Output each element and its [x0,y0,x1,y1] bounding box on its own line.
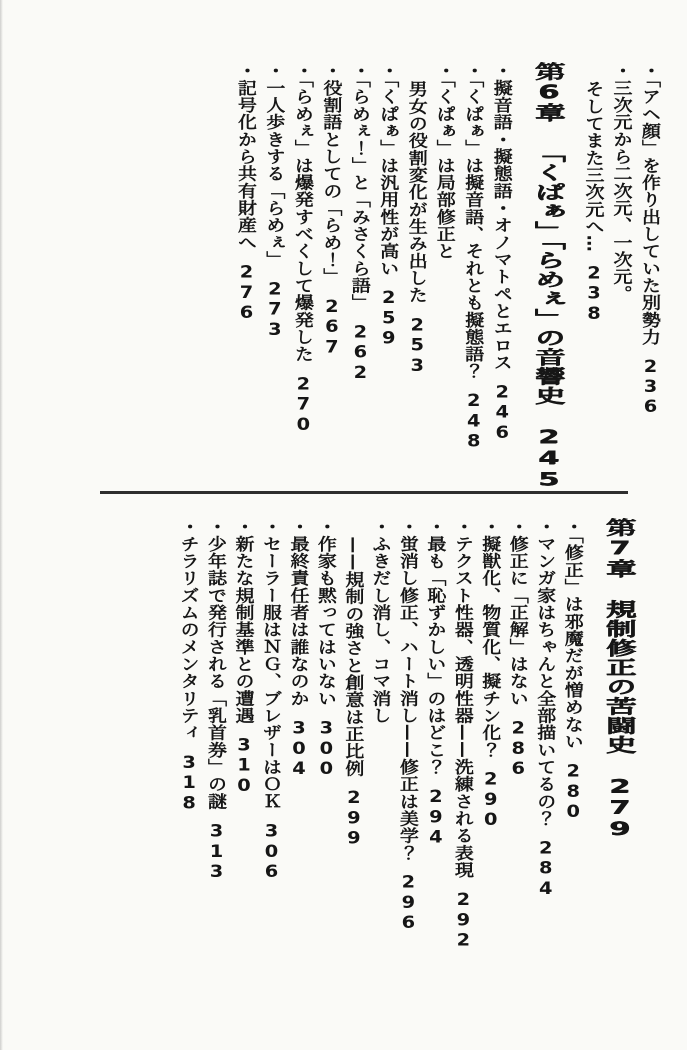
entry-bullet: ・ [235,62,257,79]
toc-entry-line: ・作家も黙ってはいない300 [314,518,336,950]
entry-bullet: ・ [452,518,474,535]
entry-page-number: 290 [479,769,502,830]
entry-bullet: ・ [377,62,399,79]
entry-page-number: 310 [233,734,256,795]
toc-entry-line: ・蛍消し修正、ハート消し——修正は美学？296 [396,518,418,950]
entry-bullet: ・ [507,518,529,535]
entry-page-number: 313 [205,820,228,881]
entry-title-text: 「らめぇ」は爆発すべくして爆発した [292,79,314,362]
toc-entry-line: ・「くぱぁ」は汎用性が高い259 [377,62,399,490]
entry-bullet: ・ [205,518,227,535]
entry-page-number: 276 [235,261,258,322]
entry-title-text: マンガ家はちゃんと全部描いてるの？ [534,535,556,827]
toc-entry-line: ・チラリズムのメンタリティ318 [177,518,199,950]
chapter-7-title: 規制修正の苦闘史 [602,600,637,755]
toc-entry-line: ・新たな規制基準との遭遇310 [232,518,254,950]
entry-page-number: 306 [260,820,283,881]
entry-title-text: 少年誌で発行される「乳首券」の謎 [205,535,227,810]
toc-entry-line: ・一人歩きする「らめぇ」273 [263,62,285,490]
entry-page-number: 236 [639,356,662,417]
toc-entry-line: ・「らめぇ」は爆発すべくして爆発した270 [291,62,313,490]
entry-page-number: 253 [406,314,429,375]
entry-page-number: 299 [342,787,365,848]
toc-entry-line: ——規制の強さと創意は正比例299 [342,518,364,950]
entry-title-text: 記号化から共有財産へ [235,79,257,251]
entry-page-number: 273 [263,278,286,339]
toc-entry-line: ・擬獣化、物質化、擬チン化？290 [479,518,501,950]
entry-bullet: ・ [424,518,446,535]
book-toc-page-scan: ・「アヘ顔」を作り出していた別勢力236・三次元から二次元、一次元。そしてまた三… [0,0,687,1050]
entry-page-number: 280 [562,760,585,821]
entry-bullet: ・ [233,518,255,535]
toc-entry-line: ・役割語としての「らめ！」267 [320,62,342,490]
entry-title-text: セーラー服はＮＧ、ブレザーはＯＫ [260,535,282,810]
entry-bullet: ・ [349,62,371,79]
toc-entry-line: 男女の役割変化が生み出した253 [405,62,427,490]
toc-entry-line: ・三次元から二次元、一次元。 [611,62,633,490]
toc-entry-line: そしてまた三次元へ…238 [582,62,604,490]
entry-page-number: 300 [315,717,338,778]
entry-title-text: 一人歩きする「らめぇ」 [263,79,285,268]
entry-bullet: ・ [263,62,285,79]
entry-bullet: ・ [178,518,200,535]
toc-entry-line: ・マンガ家はちゃんと全部描いてるの？284 [534,518,556,950]
toc-section-chapter-6: ・「アヘ顔」を作り出していた別勢力236・三次元から二次元、一次元。そしてまた三… [228,62,667,490]
chapter-7-heading: 第7章 規制修正の苦闘史 279 [599,518,639,950]
entry-page-number: 318 [178,752,201,813]
entry-bullet: ・ [534,518,556,535]
toc-entry-line: ・「らめぇ！」と「みさくら語」262 [348,62,370,490]
entry-page-number: 284 [534,837,557,898]
entry-title-text: 最も「恥ずかしい」のはどこ？ [424,535,446,775]
entry-bullet: ・ [462,62,484,79]
entry-page-number: 238 [583,263,606,324]
entry-bullet: ・ [397,518,419,535]
entry-title-text: 修正に「正解」はない [507,535,529,707]
toc-entry-line: ・ふきだし消し、コマ消し [369,518,391,950]
entry-bullet: ・ [315,518,337,535]
toc-entry-line: ・「アヘ顔」を作り出していた別勢力236 [639,62,661,490]
entry-title-text: テクスト性器、透明性器——洗練される表現 [452,535,474,878]
chapter-6-page-number: 245 [531,426,566,489]
entry-title-text: 作家も黙ってはいない [315,535,337,707]
toc-entry-line: ・少年誌で発行される「乳首券」の謎313 [205,518,227,950]
entry-title-text: 蛍消し修正、ハート消し——修正は美学？ [397,535,419,861]
toc-entry-line: ・「くぱぁ」は擬音語、それとも擬態語？248 [462,62,484,490]
entry-page-number: 292 [452,889,475,950]
entry-title-text: ——規制の強さと創意は正比例 [342,536,364,776]
entry-bullet: ・ [260,518,282,535]
entry-page-number: 296 [397,872,420,933]
entry-page-number: 270 [292,373,315,434]
section-divider-rule [100,491,628,494]
entry-title-text: 三次元から二次元、一次元。 [611,79,633,302]
entry-title-text: 擬獣化、物質化、擬チン化？ [479,535,501,758]
entry-page-number: 259 [377,287,400,348]
entry-title-text: 擬音語・擬態語・オノマトペとエロス [491,79,513,371]
toc-section-chapter-7: 第7章 規制修正の苦闘史 279 ・「修正」は邪魔だが憎めない280・マンガ家は… [172,518,653,950]
entry-title-text: 新たな規制基準との遭遇 [233,535,255,724]
entry-bullet: ・ [562,518,584,535]
entry-title-text: 「くぱぁ」は汎用性が高い [377,79,399,277]
entry-title-text: 「修正」は邪魔だが憎めない [562,535,584,750]
entry-page-number: 304 [287,717,310,778]
entry-title-text: そしてまた三次元へ… [583,80,605,252]
entry-bullet: ・ [292,62,314,79]
entry-page-number: 286 [507,717,530,778]
entry-title-text: 「アヘ顔」を作り出していた別勢力 [639,79,661,345]
entry-bullet: ・ [287,518,309,535]
entry-page-number: 262 [349,322,372,383]
chapter-6-title: 「くぱぁ」「らめぇ」の音響史 [531,144,566,406]
entry-page-number: 267 [320,296,343,357]
entry-page-number: 246 [491,381,514,442]
toc-entry-line: ・最終責任者は誰なのか304 [287,518,309,950]
entry-title-text: 「らめぇ！」と「みさくら語」 [349,79,371,311]
entry-title-text: ふきだし消し、コマ消し [369,535,391,724]
toc-entry-line: ・セーラー服はＮＧ、ブレザーはＯＫ306 [260,518,282,950]
entry-bullet: ・ [611,62,633,79]
entry-title-text: 男女の役割変化が生み出した [406,80,428,303]
entry-bullet: ・ [369,518,391,535]
entry-bullet: ・ [434,62,456,79]
toc-entry-line: ・テクスト性器、透明性器——洗練される表現292 [451,518,473,950]
toc-entry-line: ・修正に「正解」はない286 [506,518,528,950]
chapter-7-page-number: 279 [602,776,637,839]
entry-title-text: 「くぱぁ」は局部修正と [434,79,456,259]
entry-title-text: 役割語としての「らめ！」 [320,79,342,285]
entry-title-text: 最終責任者は誰なのか [287,535,309,707]
entry-page-number: 294 [424,786,447,847]
entry-title-text: チラリズムのメンタリティ [178,535,200,741]
entry-title-text: 「くぱぁ」は擬音語、それとも擬態語？ [462,79,484,380]
entry-bullet: ・ [639,62,661,79]
entry-bullet: ・ [479,518,501,535]
chapter-6-heading: 第6章 「くぱぁ」「らめぇ」の音響史 245 [528,62,568,490]
toc-entry-line: ・最も「恥ずかしい」のはどこ？294 [424,518,446,950]
entry-bullet: ・ [491,62,513,79]
entry-bullet: ・ [320,62,342,79]
chapter-6-number-label: 第6章 [531,62,566,123]
chapter-7-number-label: 第7章 [602,518,637,579]
toc-entry-line: ・記号化から共有財産へ276 [234,62,256,490]
toc-entry-line: ・「修正」は邪魔だが憎めない280 [561,518,583,950]
entry-page-number: 248 [462,390,485,451]
toc-entry-line: ・「くぱぁ」は局部修正と [434,62,456,490]
toc-entry-line: ・擬音語・擬態語・オノマトペとエロス246 [490,62,512,490]
page-edge-shadow [0,0,3,1050]
